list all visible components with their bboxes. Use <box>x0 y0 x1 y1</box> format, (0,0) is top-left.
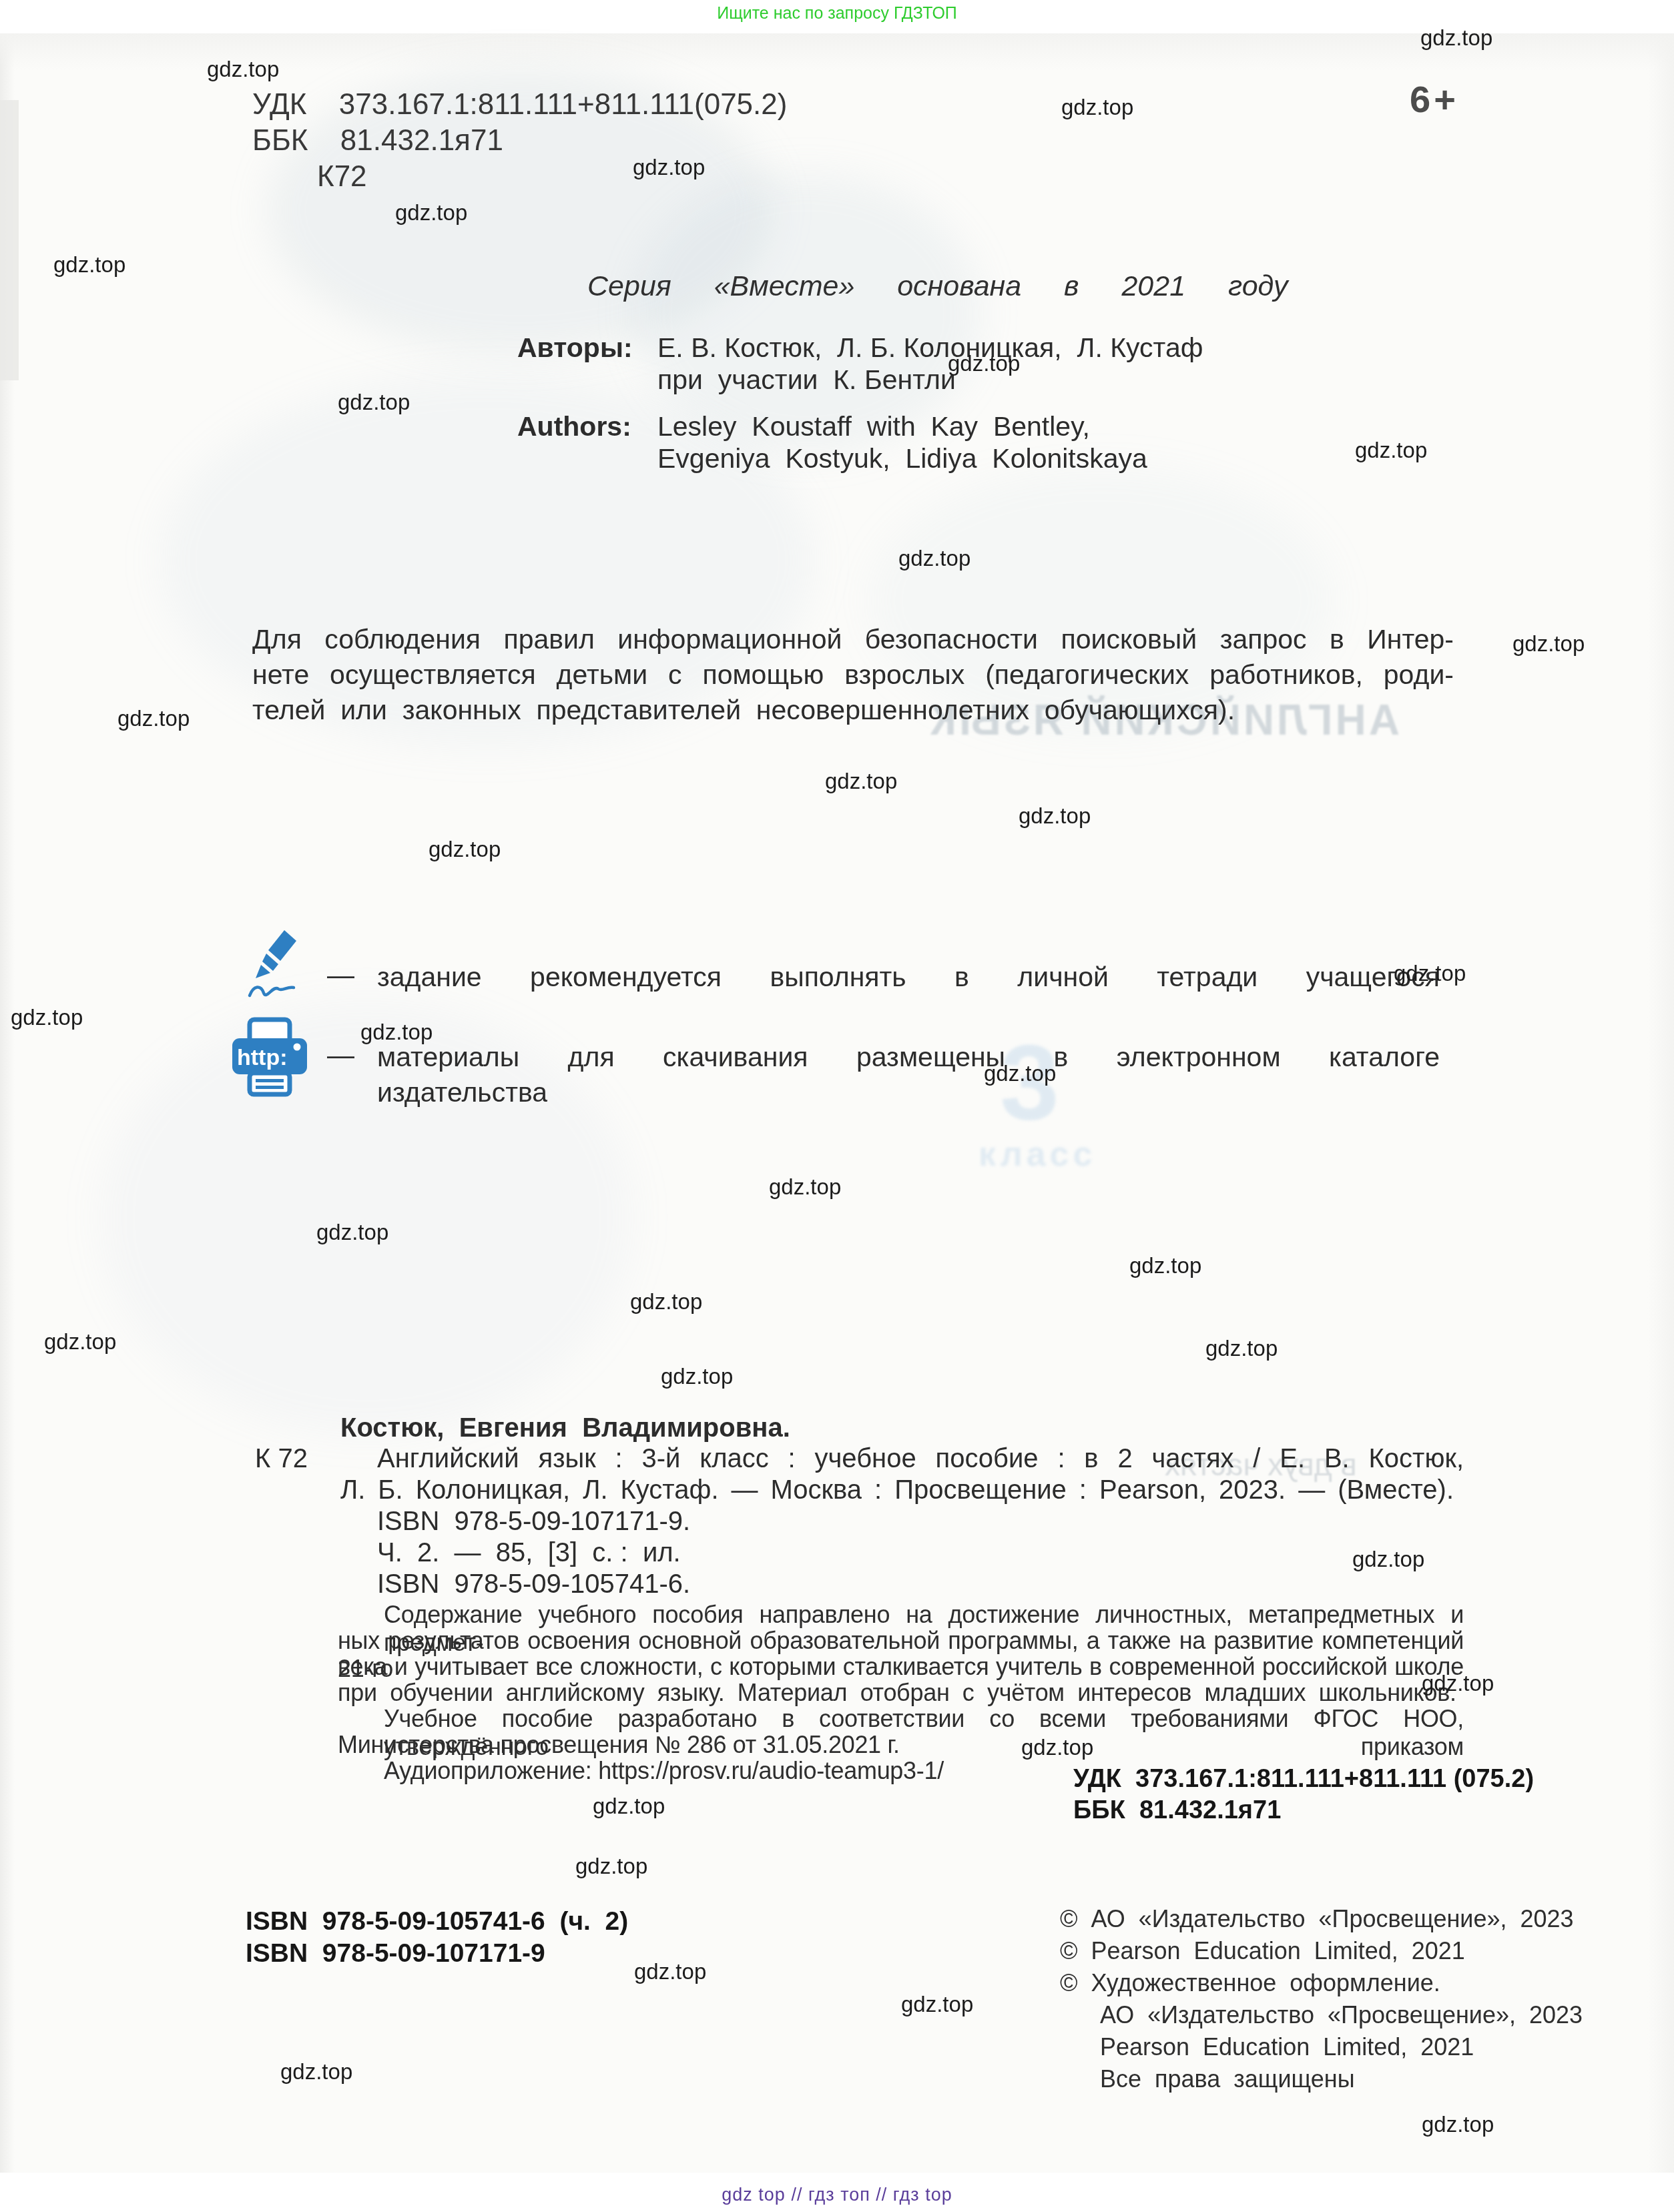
pen-icon <box>244 929 306 1008</box>
gdz-watermark: gdz.top <box>338 390 410 415</box>
gdz-watermark: gdz.top <box>1352 1547 1424 1572</box>
annotation-audio-link: Аудиоприложение: https://prosv.ru/audio-… <box>384 1757 944 1785</box>
isbn-line2: ISBN 978-5-09-107171-9 <box>246 1939 545 1968</box>
bib-isbn-part2: ISBN 978-5-09-107171-9. <box>377 1507 690 1537</box>
gdz-watermark: gdz.top <box>661 1364 733 1389</box>
gdz-watermark: gdz.top <box>633 155 705 180</box>
bbk-code-bottom: ББК 81.432.1я71 <box>1073 1796 1281 1825</box>
copyright-line3: © Художественное оформление. <box>1060 1967 1440 1999</box>
age-rating-badge: 6+ <box>1410 77 1459 121</box>
gdz-watermark: gdz.top <box>948 351 1020 376</box>
gdz-watermark: gdz.top <box>825 769 897 794</box>
authors-ru-line1: Е. В. Костюк, Л. Б. Колоницкая, Л. Куста… <box>657 332 1203 364</box>
annotation-line3: века и учитывает все сложности, с которы… <box>338 1653 1464 1681</box>
safety-note-line1: Для соблюдения правил информационной без… <box>252 622 1454 657</box>
gdz-watermark: gdz.top <box>44 1329 116 1355</box>
legend-pen-text: задание рекомендуется выполнять в личной… <box>377 960 1440 995</box>
gdz-watermark: gdz.top <box>769 1174 841 1200</box>
legend-dash: — <box>327 960 354 991</box>
gdz-watermark: gdz.top <box>280 2059 352 2085</box>
gdz-watermark: gdz.top <box>1420 25 1492 51</box>
safety-note-line2: нете осуществляется детьми с помощью взр… <box>252 657 1454 693</box>
gdz-watermark: gdz.top <box>429 837 501 862</box>
authors-ru-label: Авторы: <box>517 332 633 364</box>
gdz-watermark: gdz.top <box>395 200 467 226</box>
bbk-code: ББК 81.432.1я71 <box>252 124 503 157</box>
gdz-watermark: gdz.top <box>1129 1253 1201 1278</box>
gdz-watermark: gdz.top <box>11 1005 83 1030</box>
gdz-watermark: gdz.top <box>634 1959 706 1984</box>
gdz-watermark: gdz.top <box>117 706 190 731</box>
gdz-watermark: gdz.top <box>1355 438 1427 463</box>
gdz-watermark: gdz.top <box>1021 1735 1093 1760</box>
gdz-watermark: gdz.top <box>984 1061 1056 1086</box>
isbn-line1: ISBN 978-5-09-105741-6 (ч. 2) <box>246 1907 628 1936</box>
legend-dash: — <box>327 1040 354 1071</box>
gdz-watermark: gdz.top <box>1394 961 1466 986</box>
bib-title-line2: Л. Б. Колоницкая, Л. Кустаф. — Москва : … <box>340 1475 1454 1505</box>
copyright-line2: © Pearson Education Limited, 2021 <box>1060 1935 1465 1967</box>
gdz-watermark: gdz.top <box>1061 95 1133 120</box>
site-footer: gdz top // гдз топ // гдз top <box>0 2185 1674 2205</box>
gdz-watermark: gdz.top <box>1019 803 1091 829</box>
printer-http-label: http: <box>237 1045 288 1070</box>
legend-printer-text-line1: материалы для скачивания размещены в эле… <box>377 1040 1440 1075</box>
bib-title-line1: Английский язык : 3-й класс : учебное по… <box>377 1444 1464 1474</box>
copyright-line6: Все права защищены <box>1100 2063 1355 2095</box>
gdz-watermark: gdz.top <box>1422 2112 1494 2137</box>
gdz-watermark: gdz.top <box>1422 1671 1494 1696</box>
site-banner: Ищите нас по запросу ГДЗТОП <box>0 4 1674 23</box>
safety-note-line3: телей или законных представителей несове… <box>252 693 1235 728</box>
authors-ru-line2: при участии К. Бентли <box>657 364 956 396</box>
legend-printer-text-line2: издательства <box>377 1075 547 1110</box>
series-line: Серия «Вместе» основана в 2021 году <box>587 270 1288 303</box>
gdz-watermark: gdz.top <box>360 1020 433 1045</box>
authors-en-line1: Lesley Koustaff with Kay Bentley, <box>657 411 1090 442</box>
gdz-watermark: gdz.top <box>575 1854 647 1879</box>
printer-http-icon: http: <box>226 1017 314 1098</box>
authors-en-line2: Evgeniya Kostyuk, Lidiya Kolonitskaya <box>657 443 1147 474</box>
gdz-watermark: gdz.top <box>898 546 970 571</box>
gdz-watermark: gdz.top <box>53 252 125 278</box>
gdz-watermark: gdz.top <box>593 1794 665 1819</box>
authors-en-label: Authors: <box>517 411 631 442</box>
scanned-imprint-page: { "colors": { "banner_green": "#2ecc2e",… <box>0 0 1674 2212</box>
bib-author-header: Костюк, Евгения Владимировна. <box>340 1413 790 1443</box>
copyright-line5: Pearson Education Limited, 2021 <box>1100 2031 1474 2063</box>
copyright-line1: © АО «Издательство «Просвещение», 2023 <box>1060 1903 1574 1935</box>
gdz-watermark: gdz.top <box>1512 631 1585 657</box>
copyright-line4: АО «Издательство «Просвещение», 2023 <box>1100 1999 1583 2031</box>
gdz-watermark: gdz.top <box>207 57 279 82</box>
bib-isbn-series: ISBN 978-5-09-105741-6. <box>377 1569 690 1599</box>
bib-part-info: Ч. 2. — 85, [3] с. : ил. <box>377 1538 681 1568</box>
gdz-watermark: gdz.top <box>1205 1336 1278 1361</box>
annotation-line6: Министерства просвещения № 286 от 31.05.… <box>338 1731 900 1759</box>
author-sign-code: К72 <box>317 160 367 194</box>
gdz-watermark: gdz.top <box>901 1992 973 2017</box>
udk-code: УДК 373.167.1:811.111+811.111(075.2) <box>252 88 787 121</box>
udk-code-bottom: УДК 373.167.1:811.111+811.111 (075.2) <box>1073 1765 1534 1794</box>
gdz-watermark: gdz.top <box>630 1289 702 1315</box>
gdz-watermark: gdz.top <box>316 1220 388 1245</box>
scan-edge-shadow <box>0 100 19 380</box>
bib-sign: К 72 <box>255 1444 308 1474</box>
annotation-line4: при обучении английскому языку. Материал… <box>338 1679 1456 1707</box>
